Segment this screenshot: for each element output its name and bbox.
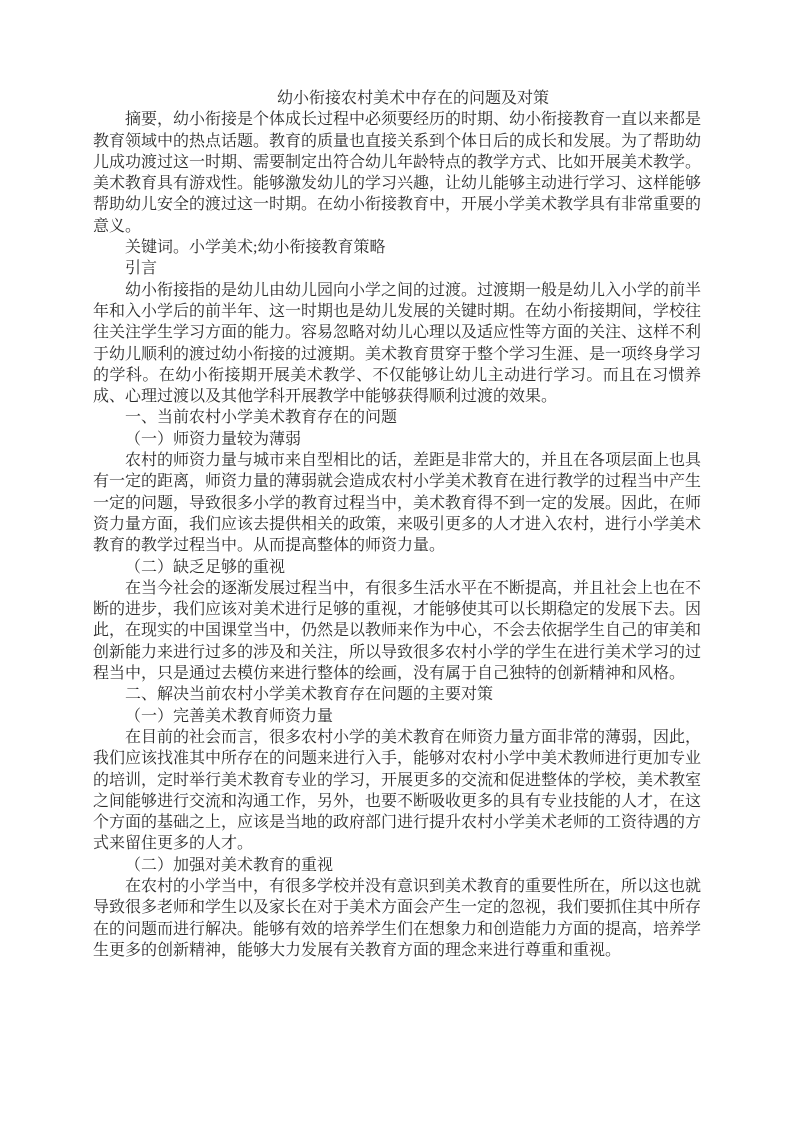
document-page: 幼小衔接农村美术中存在的问题及对策 摘要，幼小衔接是个体成长过程中必须要经历的时…: [0, 0, 793, 1122]
introduction-paragraph: 幼小衔接指的是幼儿由幼儿园向小学之间的过渡。过渡期一般是幼儿入小学的前半年和入小…: [93, 280, 701, 408]
section1-sub2-heading: （二）缺乏足够的重视: [93, 557, 701, 578]
section2-sub1-heading: （一）完善美术教育师资力量: [93, 706, 701, 727]
section2-sub2-heading: （二）加强对美术教育的重视: [93, 855, 701, 876]
section1-heading: 一、当前农村小学美术教育存在的问题: [93, 407, 701, 428]
section1-sub2-paragraph: 在当今社会的逐渐发展过程当中，有很多生活水平在不断提高，并且社会上也在不断的进步…: [93, 578, 701, 684]
section1-sub1-paragraph: 农村的师资力量与城市来自型相比的话，差距是非常大的，并且在各项层面上也具有一定的…: [93, 450, 701, 556]
document-title: 幼小衔接农村美术中存在的问题及对策: [93, 88, 701, 109]
section2-sub1-paragraph: 在目前的社会而言，很多农村小学的美术教育在师资力量方面非常的薄弱，因此，我们应该…: [93, 727, 701, 855]
abstract-paragraph: 摘要，幼小衔接是个体成长过程中必须要经历的时期、幼小衔接教育一直以来都是教育领域…: [93, 109, 701, 237]
section1-sub1-heading: （一）师资力量较为薄弱: [93, 429, 701, 450]
keywords-line: 关键词。小学美术;幼小衔接教育策略: [93, 237, 701, 258]
section2-heading: 二、解决当前农村小学美术教育存在问题的主要对策: [93, 684, 701, 705]
introduction-label: 引言: [93, 258, 701, 279]
section2-sub2-paragraph: 在农村的小学当中，有很多学校并没有意识到美术教育的重要性所在，所以这也就导致很多…: [93, 876, 701, 961]
